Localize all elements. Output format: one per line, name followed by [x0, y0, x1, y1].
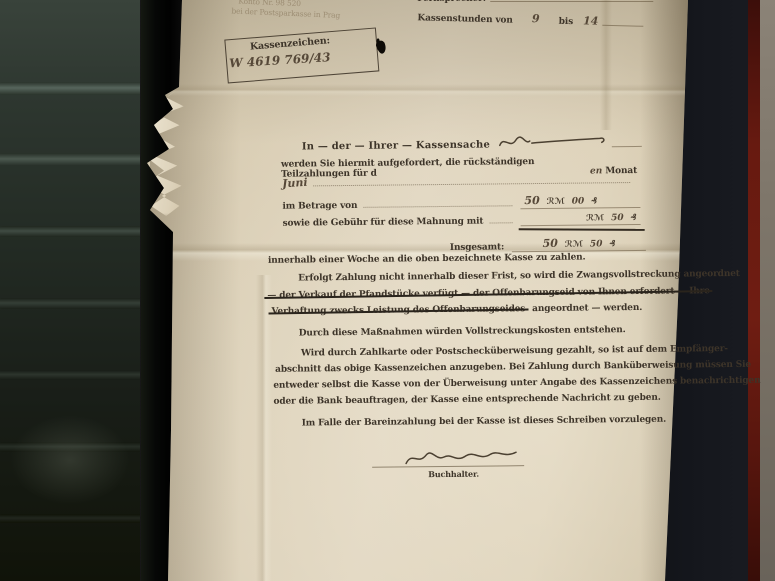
- office-hours-row: Kassenstunden von 9 bis 14: [417, 9, 645, 29]
- phone-label: Fernsprecher:: [417, 0, 486, 4]
- fee-label: sowie die Gebühr für diese Mahnung mit: [283, 217, 484, 229]
- struck-text: Verhaftung zwecks Leistung des Offenbaru…: [271, 304, 525, 317]
- fee-row: sowie die Gebühr für diese Mahnung mit ℛ…: [283, 213, 641, 229]
- dotted-line: [314, 181, 631, 186]
- hours-to-value: 14: [583, 14, 599, 27]
- stamp-value: W 4619 769/43: [229, 50, 331, 70]
- hours-label: Kassenstunden von: [417, 13, 513, 25]
- pfennig-symbol: ₰: [631, 213, 637, 223]
- payment-line4: oder die Bank beauftragen, der Kasse ein…: [273, 393, 660, 407]
- struck-text: — der Verkauf der Pfandstücke verfügt — …: [267, 286, 710, 301]
- document-content: Konto Nr. 98 520 bei der Postsparkasse i…: [0, 0, 775, 581]
- enforcement-line2: — der Verkauf der Pfandstücke verfügt — …: [267, 286, 710, 301]
- kassenzeichen-stamp: Kassenzeichen: W 4619 769/43: [224, 27, 379, 83]
- signature-role-label: Buchhalter.: [428, 469, 479, 480]
- subject-row: In — der — Ihrer — Kassensache: [302, 131, 644, 153]
- total-rm-value: 50: [542, 237, 557, 250]
- hours-from-value: 9: [532, 12, 540, 25]
- month-row: Juni: [282, 173, 638, 190]
- fee-pf-value: 50: [611, 213, 624, 223]
- enforcement-line3: Verhaftung zwecks Leistung des Offenbaru…: [271, 303, 642, 317]
- total-label: Insgesamt:: [450, 242, 504, 253]
- costs-line: Durch diese Maßnahmen würden Vollstrecku…: [299, 325, 626, 338]
- payment-line1: Wird durch Zahlkarte oder Postschecküber…: [301, 344, 728, 358]
- amount-pf-value: 00: [572, 197, 585, 207]
- pfennig-symbol: ₰: [609, 239, 615, 249]
- amount-field: 50 ℛℳ 00 ₰: [520, 193, 640, 209]
- fee-field: ℛℳ 50 ₰: [521, 213, 641, 226]
- total-row: Insgesamt: 50 ℛℳ 50 ₰: [450, 236, 646, 253]
- phone-row: Fernsprecher:: [417, 0, 655, 4]
- reichsmark-symbol: ℛℳ: [547, 197, 565, 207]
- reichsmark-symbol: ℛℳ: [565, 240, 583, 250]
- subject-blank-line: [612, 145, 642, 147]
- hours-bis-label: bis: [559, 17, 574, 27]
- hours-from-field: 9: [513, 12, 559, 27]
- amount-rm-value: 50: [524, 194, 539, 207]
- payment-line3: entweder selbst die Kasse von der Überwe…: [273, 376, 760, 391]
- dotted-leader: [363, 204, 512, 208]
- total-pf-value: 50: [590, 239, 603, 249]
- total-field: 50 ℛℳ 50 ₰: [512, 236, 646, 252]
- deadline-line: innerhalb einer Woche an die oben bezeic…: [268, 253, 586, 266]
- dotted-leader: [489, 221, 512, 223]
- bank-name-line: bei der Postsparkasse in Prag: [231, 6, 340, 20]
- pfennig-symbol: ₰: [591, 196, 597, 206]
- handwritten-name-scrawl: [496, 131, 608, 152]
- subject-line: In — der — Ihrer — Kassensache: [302, 140, 490, 153]
- phone-blank-line: [490, 0, 653, 2]
- sum-separator-line: [519, 228, 645, 231]
- cash-line: Im Falle der Bareinzahlung bei der Kasse…: [302, 415, 667, 429]
- amount-label: im Betrage von: [282, 201, 357, 212]
- amount-row: im Betrage von 50 ℛℳ 00 ₰: [282, 193, 640, 212]
- payment-line2: abschnitt das obige Kassenzeichen anzuge…: [275, 360, 751, 375]
- hand-month: Juni: [282, 176, 308, 191]
- reichsmark-symbol: ℛℳ: [586, 213, 604, 223]
- enforcement-tail: angeordnet — werden.: [532, 303, 642, 314]
- hours-blank-line: [602, 24, 643, 27]
- enforcement-line1: Erfolgt Zahlung nicht innerhalb dieser F…: [298, 269, 740, 284]
